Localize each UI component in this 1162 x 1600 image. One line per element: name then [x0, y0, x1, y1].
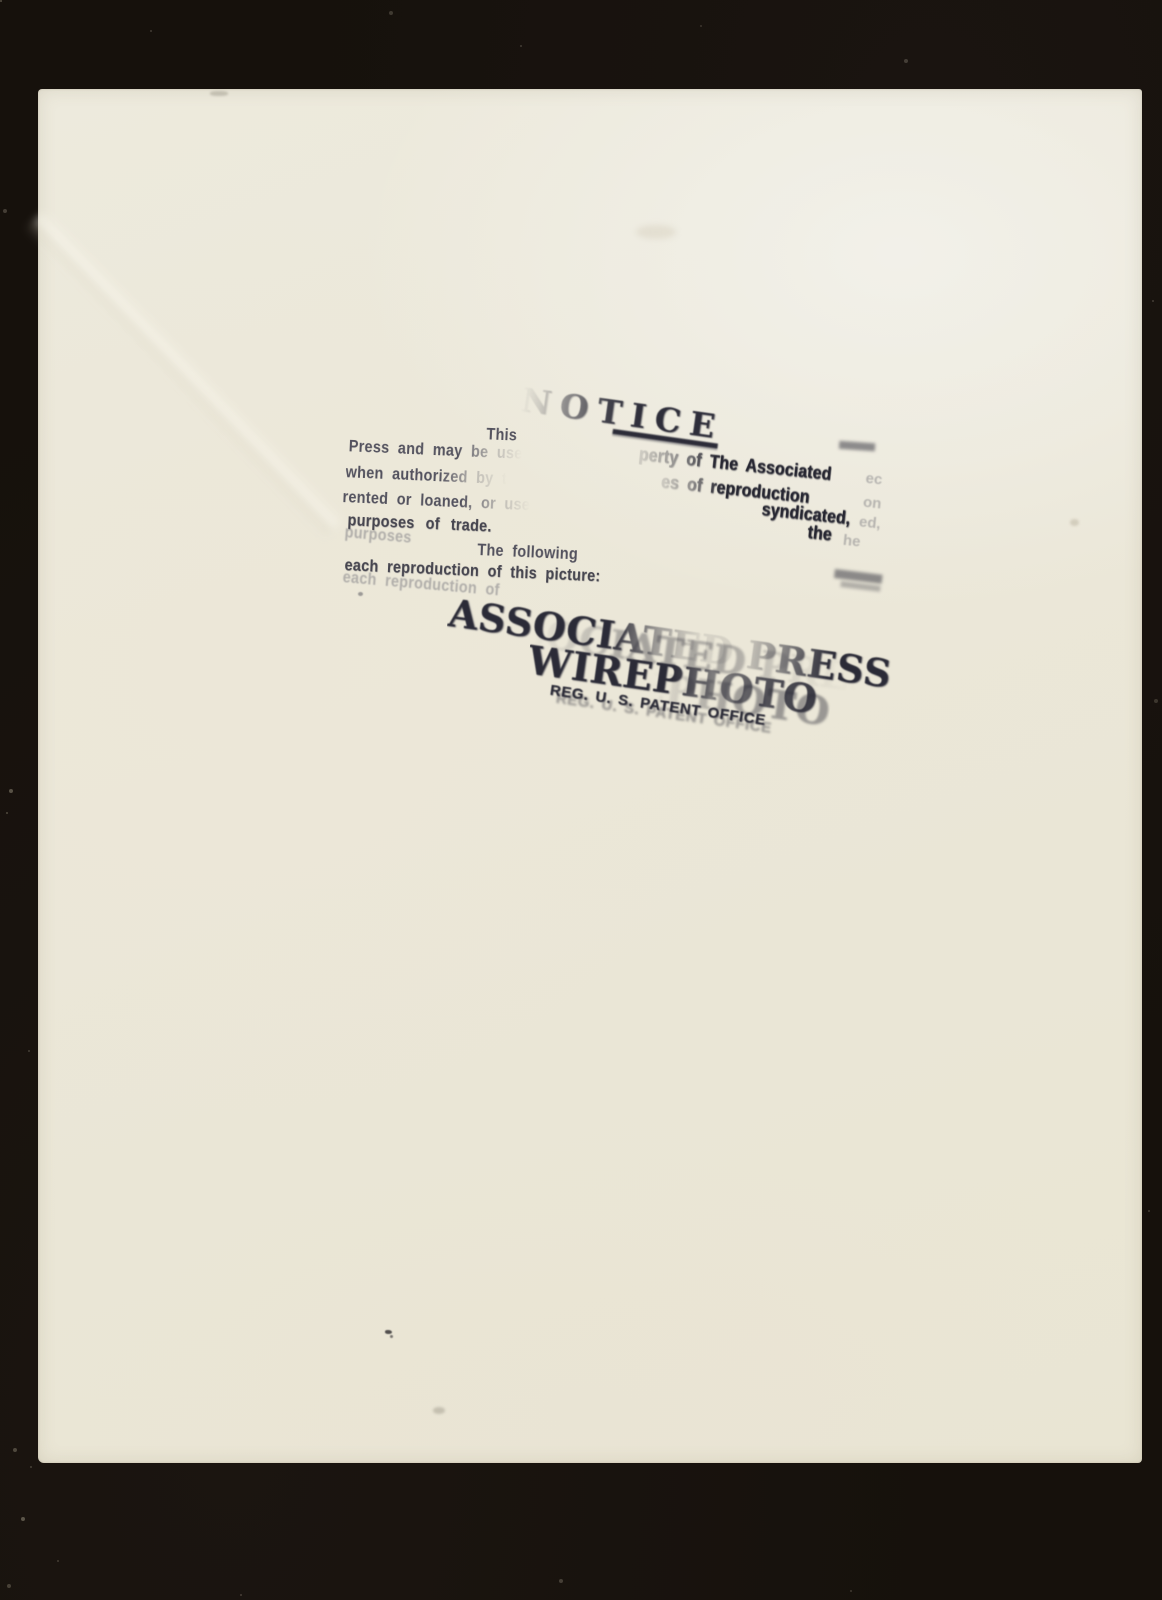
photo-paper-back: NOTICE This Press and may be used when a…: [38, 89, 1142, 1463]
ink-speck: [358, 592, 363, 596]
notice-body-line: when authorized by the: [345, 462, 525, 490]
pencil-smudge: [433, 1407, 445, 1414]
notice-offset-fragment: he: [842, 532, 861, 551]
ink-speck: [390, 1335, 393, 1338]
paper-blemish: [636, 225, 676, 239]
notice-offset-fragment: ed,: [858, 513, 881, 532]
dust-specks: [0, 0, 2, 2]
ink-speck: [385, 1330, 392, 1334]
notice-offset-fragment: ec: [865, 470, 883, 489]
edge-nick: [210, 91, 228, 96]
notice-offset-fragment: on: [862, 494, 882, 513]
ink-smear-bar: [839, 441, 875, 451]
notice-offset-line: the: [807, 522, 833, 545]
notice-offset-line: syndicated,: [761, 499, 852, 529]
photo-verso-scene: NOTICE This Press and may be used when a…: [0, 0, 1162, 1600]
paper-crease: [24, 209, 344, 539]
paper-blemish: [1070, 519, 1079, 526]
notice-title: NOTICE: [519, 380, 727, 447]
notice-ghost-line: purposes: [344, 522, 412, 548]
